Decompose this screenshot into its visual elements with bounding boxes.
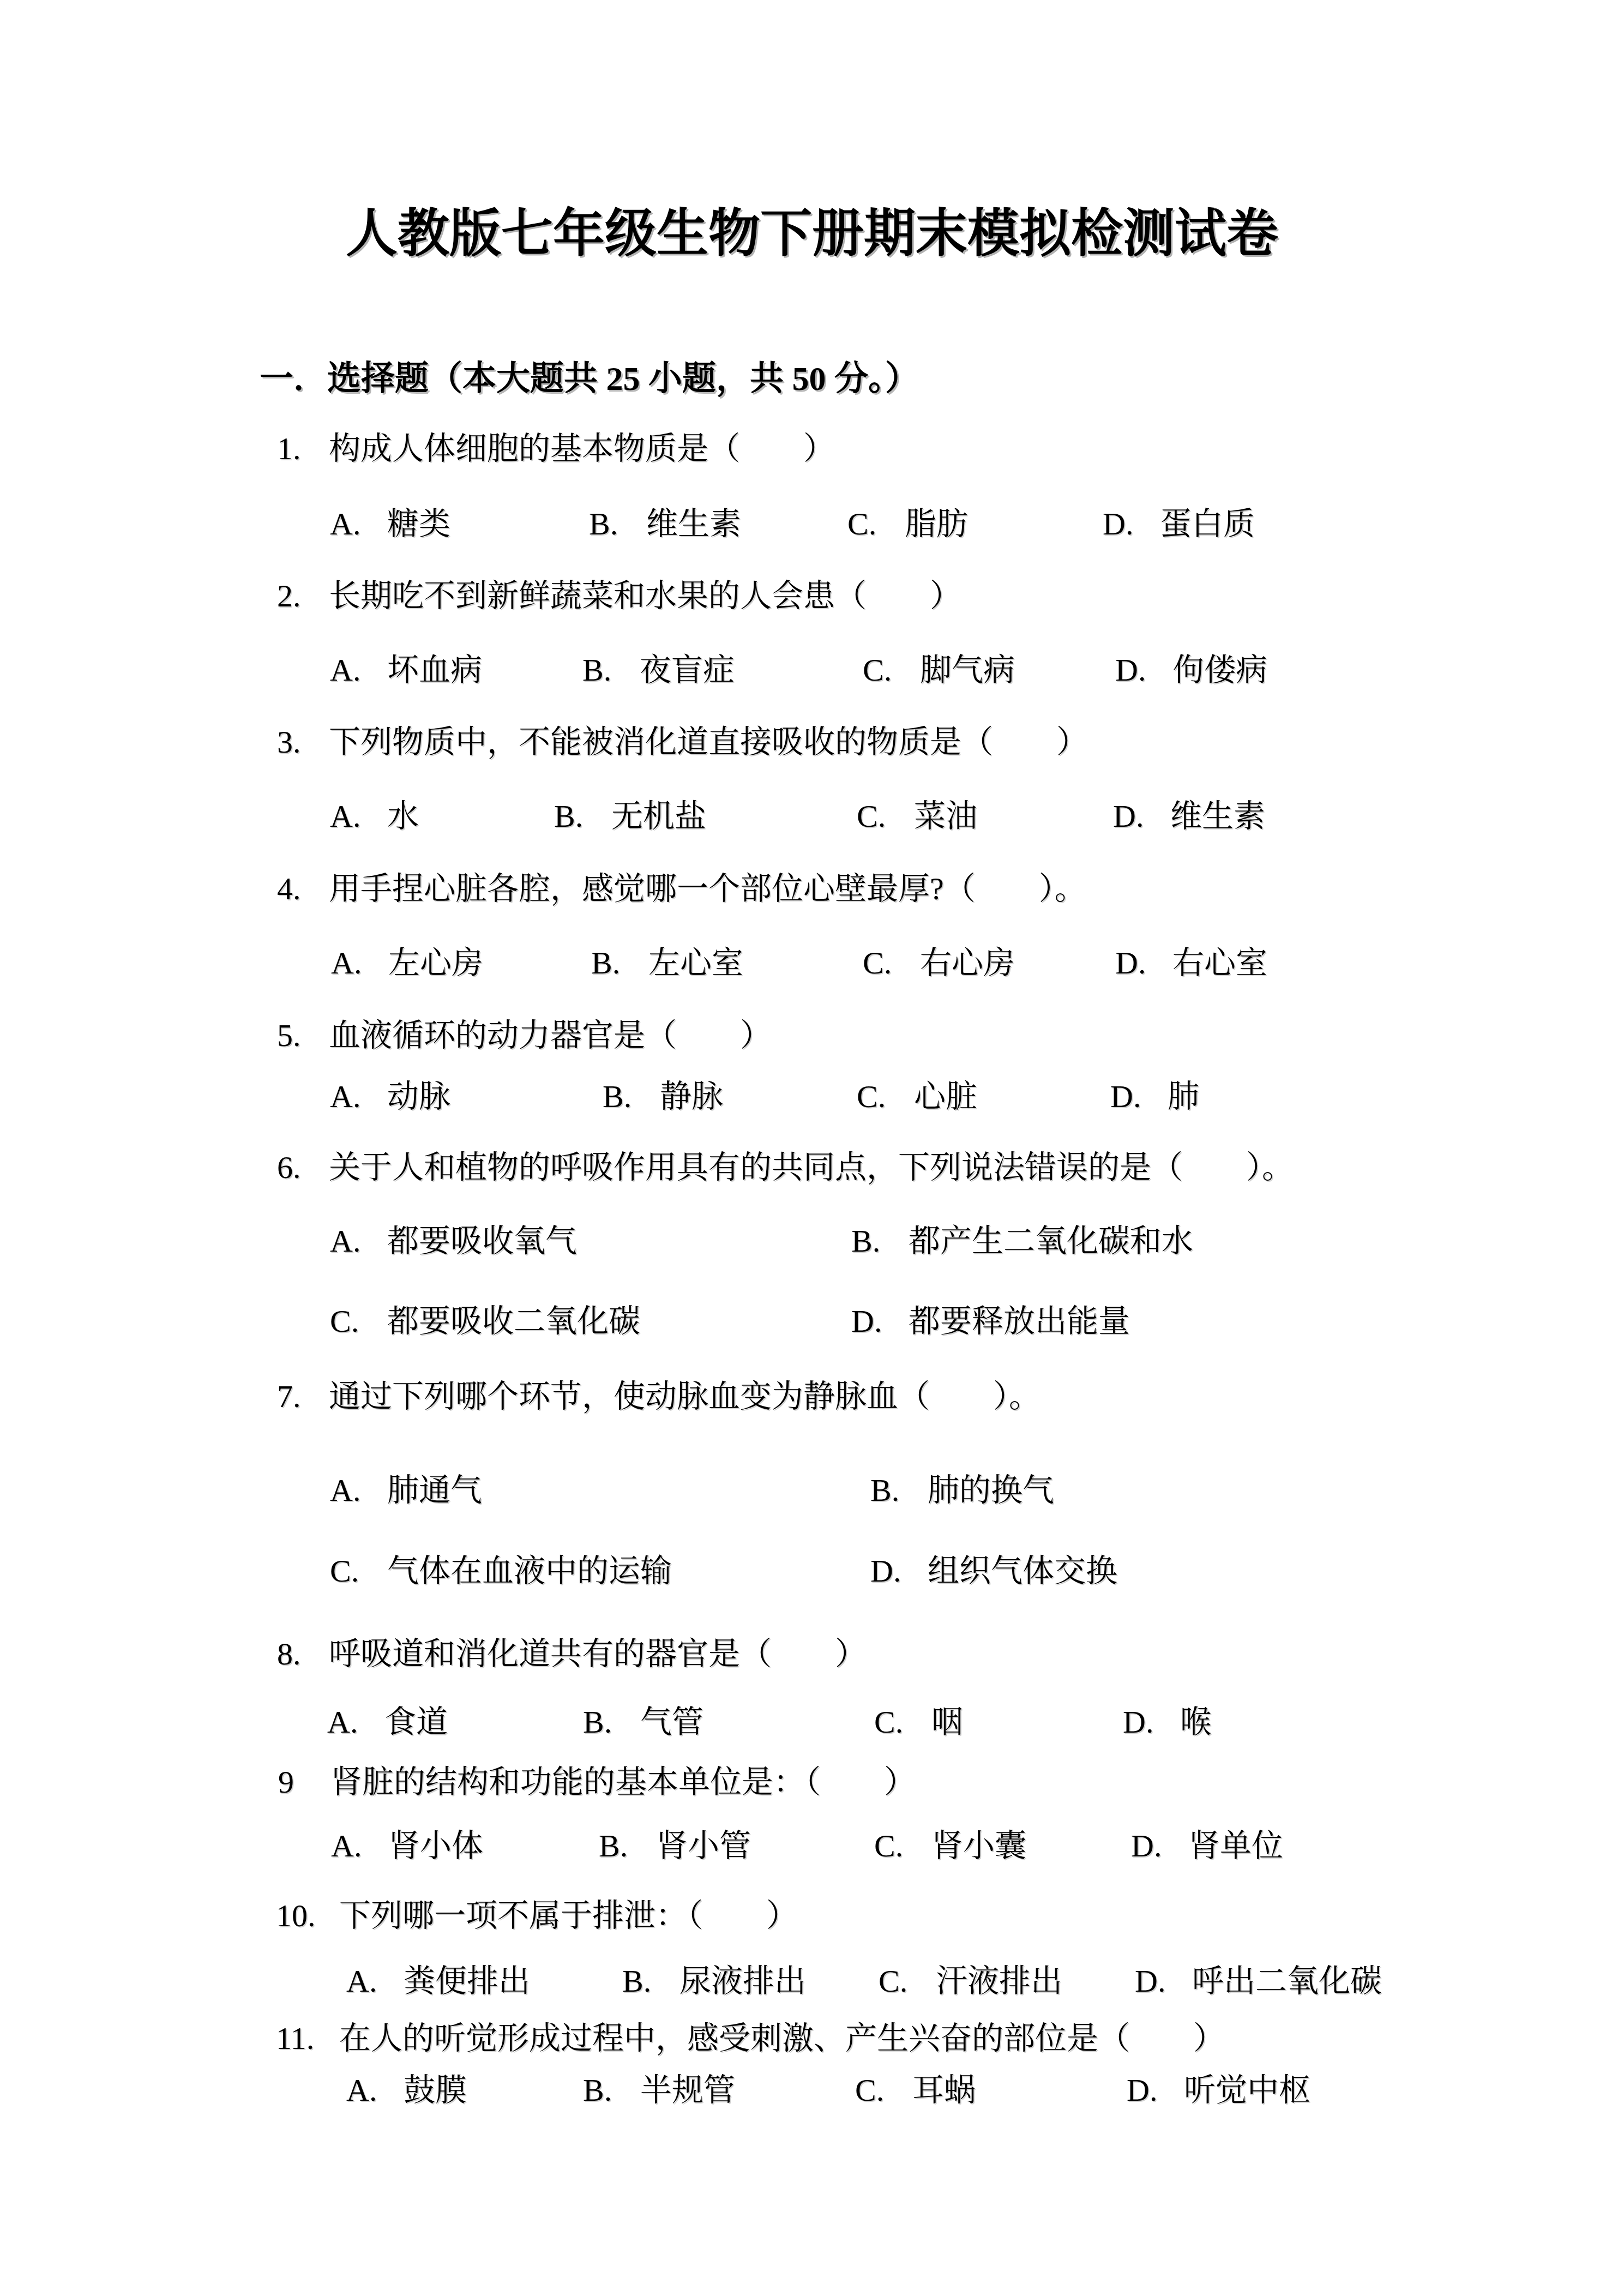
option-text: 左心室 xyxy=(648,945,743,981)
question-text: 肾脏的结构和功能的基本单位是：（ ） xyxy=(330,1764,916,1801)
option-label: B. xyxy=(622,1963,679,2000)
option-text: 维生素 xyxy=(646,506,741,542)
option-label: B. xyxy=(591,945,648,982)
question-2-option-a: A.坏血病 xyxy=(330,652,482,689)
question-8-option-d: D.喉 xyxy=(1123,1704,1212,1741)
question-7-options-row-2: C.气体在血液中的运输D.组织气体交换 xyxy=(0,1553,1624,1597)
option-text: 组织气体交换 xyxy=(928,1553,1117,1589)
option-label: C. xyxy=(330,1553,387,1590)
question-1-option-a: A.糖类 xyxy=(330,506,450,543)
question-2-options-row-1: A.坏血病B.夜盲症C.脚气病D.佝偻病 xyxy=(0,652,1624,696)
question-2-option-c: C.脚气病 xyxy=(863,652,1015,689)
question-7-option-a: A.肺通气 xyxy=(330,1472,482,1509)
option-label: D. xyxy=(870,1553,928,1590)
option-text: 右心室 xyxy=(1172,945,1267,981)
question-10-line: 10.下列哪一项不属于排泄：（ ） xyxy=(0,1898,1624,1942)
option-text: 肾小体 xyxy=(388,1828,483,1864)
question-5-option-a: A.动脉 xyxy=(330,1079,450,1115)
question-number: 3. xyxy=(277,724,301,761)
option-label: B. xyxy=(603,1079,660,1115)
question-9-option-b: B.肾小管 xyxy=(599,1828,751,1865)
question-1-option-c: C.脂肪 xyxy=(847,506,968,543)
question-2-option-d: D.佝偻病 xyxy=(1115,652,1267,689)
option-label: C. xyxy=(330,1303,387,1340)
option-label: A. xyxy=(346,2072,404,2109)
question-4-options-row-1: A.左心房B.左心室C.右心房D.右心室 xyxy=(0,945,1624,989)
question-3-option-b: B.无机盐 xyxy=(554,798,706,835)
option-text: 心脏 xyxy=(914,1079,977,1114)
question-text: 在人的听觉形成过程中，感受刺激、产生兴奋的部位是（ ） xyxy=(339,2021,1225,2057)
question-text: 下列物质中，不能被消化道直接吸收的物质是（ ） xyxy=(329,724,1088,761)
question-10-options-row-1: A.粪便排出B.尿液排出C.汗液排出D.呼出二氧化碳 xyxy=(0,1963,1624,2007)
option-text: 水 xyxy=(387,798,419,834)
option-label: A. xyxy=(331,1828,388,1865)
question-5-option-d: D.肺 xyxy=(1110,1079,1199,1115)
option-label: D. xyxy=(1123,1704,1180,1741)
question-3-line: 3.下列物质中，不能被消化道直接吸收的物质是（ ） xyxy=(0,724,1624,768)
question-5-option-b: B.静脉 xyxy=(603,1079,723,1115)
question-1-option-b: B.维生素 xyxy=(589,506,741,543)
question-8-option-b: B.气管 xyxy=(583,1704,703,1741)
option-text: 菜油 xyxy=(914,798,977,834)
option-text: 脂肪 xyxy=(905,506,968,542)
question-7-line: 7.通过下列哪个环节，使动脉血变为静脉血（ ）。 xyxy=(0,1379,1624,1422)
option-text: 半规管 xyxy=(640,2072,735,2108)
option-text: 肾单位 xyxy=(1188,1828,1283,1864)
option-label: A. xyxy=(327,1704,384,1741)
option-label: C. xyxy=(857,798,914,835)
option-text: 都要吸收二氧化碳 xyxy=(387,1303,640,1339)
option-text: 听觉中枢 xyxy=(1184,2072,1310,2108)
exam-page: 人教版七年级生物下册期末模拟检测试卷 一．选择题（本大题共 25 小题，共 50… xyxy=(0,0,1624,2296)
question-5-options-row-1: A.动脉B.静脉C.心脏D.肺 xyxy=(0,1079,1624,1122)
option-label: B. xyxy=(554,798,611,835)
question-8-options-row-1: A.食道B.气管C.咽D.喉 xyxy=(0,1704,1624,1748)
question-8-line: 8.呼吸道和消化道共有的器官是（ ） xyxy=(0,1636,1624,1680)
question-1-options-row-1: A.糖类B.维生素C.脂肪D.蛋白质 xyxy=(0,506,1624,550)
question-9-option-a: A.肾小体 xyxy=(331,1828,483,1865)
option-text: 都要释放出能量 xyxy=(909,1303,1130,1339)
option-label: D. xyxy=(1110,1079,1168,1115)
option-label: C. xyxy=(879,1963,936,2000)
option-text: 右心房 xyxy=(920,945,1015,981)
question-7-option-d: D.组织气体交换 xyxy=(870,1553,1117,1590)
option-label: D. xyxy=(1113,798,1170,835)
question-1-option-d: D.蛋白质 xyxy=(1103,506,1255,543)
question-9-option-d: D.肾单位 xyxy=(1131,1828,1283,1865)
question-text: 呼吸道和消化道共有的器官是（ ） xyxy=(329,1636,867,1673)
question-4-option-c: C.右心房 xyxy=(863,945,1015,982)
question-10-option-c: C.汗液排出 xyxy=(879,1963,1062,2000)
option-label: D. xyxy=(1115,945,1172,982)
question-number: 6. xyxy=(277,1150,301,1186)
question-number: 7. xyxy=(277,1379,301,1415)
question-1-line: 1.构成人体细胞的基本物质是（ ） xyxy=(0,431,1624,474)
option-text: 气管 xyxy=(640,1704,703,1740)
question-10-option-a: A.粪便排出 xyxy=(346,1963,530,2000)
option-text: 气体在血液中的运输 xyxy=(387,1553,672,1589)
option-label: C. xyxy=(855,2072,912,2109)
option-text: 咽 xyxy=(931,1704,963,1740)
option-label: C. xyxy=(874,1828,931,1865)
question-6-options-row-1: A.都要吸收氧气B.都产生二氧化碳和水 xyxy=(0,1223,1624,1267)
option-text: 呼出二氧化碳 xyxy=(1192,1963,1382,1999)
option-text: 脚气病 xyxy=(920,652,1015,688)
question-10-option-d: D.呼出二氧化碳 xyxy=(1135,1963,1382,2000)
option-text: 肺 xyxy=(1168,1079,1199,1114)
option-label: D. xyxy=(1135,1963,1192,2000)
question-4-line: 4.用手捏心脏各腔，感觉哪一个部位心壁最厚?（ ）。 xyxy=(0,871,1624,915)
option-label: B. xyxy=(870,1472,928,1509)
option-text: 无机盐 xyxy=(611,798,706,834)
question-3-option-d: D.维生素 xyxy=(1113,798,1265,835)
question-6-line: 6.关于人和植物的呼吸作用具有的共同点，下列说法错误的是（ ）。 xyxy=(0,1150,1624,1193)
page-title: 人教版七年级生物下册期末模拟检测试卷 xyxy=(0,208,1624,260)
question-number: 10. xyxy=(276,1898,316,1934)
option-label: A. xyxy=(330,1472,387,1509)
option-label: C. xyxy=(847,506,905,543)
question-7-option-b: B.肺的换气 xyxy=(870,1472,1054,1509)
option-label: A. xyxy=(330,506,387,543)
option-text: 汗液排出 xyxy=(936,1963,1062,1999)
option-label: A. xyxy=(330,1079,387,1115)
question-11-option-d: D.听觉中枢 xyxy=(1127,2072,1310,2109)
option-label: D. xyxy=(851,1303,909,1340)
option-label: C. xyxy=(863,652,920,689)
option-text: 肾小管 xyxy=(656,1828,751,1864)
question-number: 4. xyxy=(277,871,301,907)
option-text: 糖类 xyxy=(387,506,450,542)
option-label: C. xyxy=(857,1079,914,1115)
option-text: 鼓膜 xyxy=(404,2072,467,2108)
option-text: 动脉 xyxy=(387,1079,450,1114)
section-heading: 一．选择题（本大题共 25 小题，共 50 分。） xyxy=(260,362,919,396)
question-5-option-c: C.心脏 xyxy=(857,1079,977,1115)
option-text: 坏血病 xyxy=(387,652,482,688)
question-3-option-a: A.水 xyxy=(330,798,419,835)
question-6-options-row-2: C.都要吸收二氧化碳D.都要释放出能量 xyxy=(0,1303,1624,1347)
question-text: 通过下列哪个环节，使动脉血变为静脉血（ ）。 xyxy=(329,1379,1040,1415)
question-text: 长期吃不到新鲜蔬菜和水果的人会患（ ） xyxy=(329,578,961,615)
option-text: 都要吸收氧气 xyxy=(387,1223,577,1259)
question-11-option-c: C.耳蜗 xyxy=(855,2072,976,2109)
question-6-option-a: A.都要吸收氧气 xyxy=(330,1223,577,1260)
option-text: 夜盲症 xyxy=(640,652,735,688)
option-text: 静脉 xyxy=(660,1079,723,1114)
option-label: A. xyxy=(330,798,387,835)
option-text: 粪便排出 xyxy=(404,1963,530,1999)
question-8-option-c: C.咽 xyxy=(874,1704,963,1741)
question-text: 血液循环的动力器官是（ ） xyxy=(329,1018,772,1054)
option-label: D. xyxy=(1127,2072,1184,2109)
option-label: B. xyxy=(589,506,646,543)
question-text: 构成人体细胞的基本物质是（ ） xyxy=(329,431,835,467)
option-label: B. xyxy=(599,1828,656,1865)
option-label: B. xyxy=(583,2072,640,2109)
question-4-option-d: D.右心室 xyxy=(1115,945,1267,982)
question-number: 2. xyxy=(277,578,301,615)
question-7-option-c: C.气体在血液中的运输 xyxy=(330,1553,672,1590)
question-11-line: 11.在人的听觉形成过程中，感受刺激、产生兴奋的部位是（ ） xyxy=(0,2021,1624,2064)
question-11-options-row-1: A.鼓膜B.半规管C.耳蜗D.听觉中枢 xyxy=(0,2072,1624,2116)
option-text: 都产生二氧化碳和水 xyxy=(909,1223,1193,1259)
option-label: B. xyxy=(582,652,640,689)
option-text: 蛋白质 xyxy=(1160,506,1255,542)
question-11-option-a: A.鼓膜 xyxy=(346,2072,467,2109)
question-6-option-b: B.都产生二氧化碳和水 xyxy=(851,1223,1193,1260)
question-10-option-b: B.尿液排出 xyxy=(622,1963,806,2000)
question-text: 下列哪一项不属于排泄：（ ） xyxy=(339,1898,798,1934)
question-4-option-a: A.左心房 xyxy=(331,945,483,982)
option-label: A. xyxy=(330,652,387,689)
option-label: A. xyxy=(330,1223,387,1260)
question-number: 1. xyxy=(277,431,301,467)
option-text: 喉 xyxy=(1180,1704,1212,1740)
question-8-option-a: A.食道 xyxy=(327,1704,448,1741)
question-7-options-row-1: A.肺通气B.肺的换气 xyxy=(0,1472,1624,1516)
option-label: D. xyxy=(1131,1828,1188,1865)
option-text: 佝偻病 xyxy=(1172,652,1267,688)
question-4-option-b: B.左心室 xyxy=(591,945,743,982)
option-text: 食道 xyxy=(384,1704,448,1740)
option-text: 肺的换气 xyxy=(928,1472,1054,1508)
option-label: D. xyxy=(1115,652,1172,689)
question-2-line: 2.长期吃不到新鲜蔬菜和水果的人会患（ ） xyxy=(0,578,1624,622)
question-6-option-d: D.都要释放出能量 xyxy=(851,1303,1130,1340)
option-label: B. xyxy=(851,1223,909,1260)
question-9-options-row-1: A.肾小体B.肾小管C.肾小囊D.肾单位 xyxy=(0,1828,1624,1872)
option-label: D. xyxy=(1103,506,1160,543)
question-number: 8. xyxy=(277,1636,301,1673)
option-text: 左心房 xyxy=(388,945,483,981)
option-text: 耳蜗 xyxy=(912,2072,976,2108)
question-5-line: 5.血液循环的动力器官是（ ） xyxy=(0,1018,1624,1061)
option-label: C. xyxy=(863,945,920,982)
question-9-line: 9肾脏的结构和功能的基本单位是：（ ） xyxy=(0,1764,1624,1808)
option-label: B. xyxy=(583,1704,640,1741)
question-6-option-c: C.都要吸收二氧化碳 xyxy=(330,1303,640,1340)
option-label: C. xyxy=(874,1704,931,1741)
question-9-option-c: C.肾小囊 xyxy=(874,1828,1026,1865)
option-text: 肾小囊 xyxy=(931,1828,1026,1864)
question-number: 11. xyxy=(276,2021,314,2057)
option-text: 尿液排出 xyxy=(679,1963,806,1999)
option-text: 肺通气 xyxy=(387,1472,482,1508)
question-3-option-c: C.菜油 xyxy=(857,798,977,835)
question-11-option-b: B.半规管 xyxy=(583,2072,735,2109)
question-3-options-row-1: A.水B.无机盐C.菜油D.维生素 xyxy=(0,798,1624,842)
option-label: A. xyxy=(331,945,388,982)
question-text: 用手捏心脏各腔，感觉哪一个部位心壁最厚?（ ）。 xyxy=(329,871,1086,907)
question-text: 关于人和植物的呼吸作用具有的共同点，下列说法错误的是（ ）。 xyxy=(329,1150,1294,1186)
question-number: 9 xyxy=(278,1764,294,1801)
question-number: 5. xyxy=(277,1018,301,1054)
question-2-option-b: B.夜盲症 xyxy=(582,652,735,689)
option-label: A. xyxy=(346,1963,404,2000)
option-text: 维生素 xyxy=(1170,798,1265,834)
